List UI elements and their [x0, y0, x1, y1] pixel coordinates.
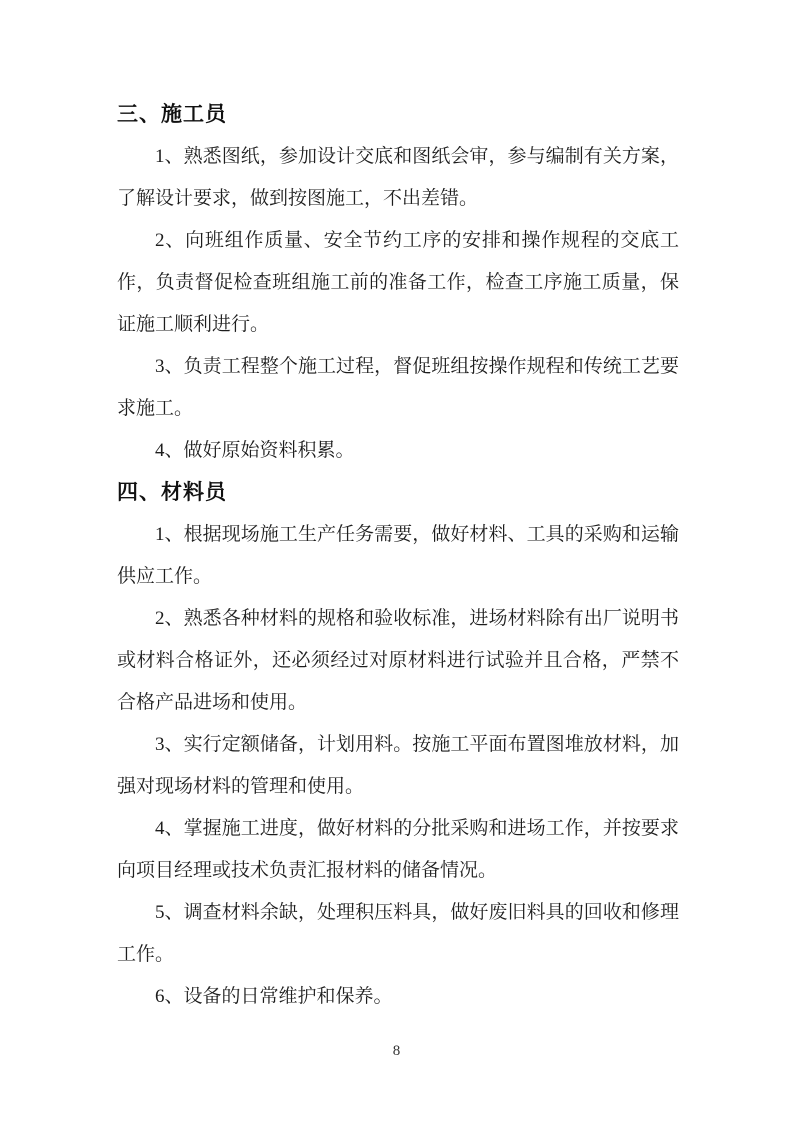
paragraph: 6、设备的日常维护和保养。: [117, 976, 679, 1018]
document-content: 三、施工员 1、熟悉图纸，参加设计交底和图纸会审，参与编制有关方案，了解设计要求…: [117, 94, 679, 1018]
paragraph: 4、掌握施工进度，做好材料的分批采购和进场工作，并按要求向项目经理或技术负责汇报…: [117, 808, 679, 892]
paragraph: 2、熟悉各种材料的规格和验收标准，进场材料除有出厂说明书或材料合格证外，还必须经…: [117, 598, 679, 724]
paragraph: 5、调查材料余缺，处理积压料具，做好废旧料具的回收和修理工作。: [117, 892, 679, 976]
document-page: 三、施工员 1、熟悉图纸，参加设计交底和图纸会审，参与编制有关方案，了解设计要求…: [0, 0, 793, 1122]
paragraph: 3、负责工程整个施工过程，督促班组按操作规程和传统工艺要求施工。: [117, 346, 679, 430]
paragraph: 1、熟悉图纸，参加设计交底和图纸会审，参与编制有关方案，了解设计要求，做到按图施…: [117, 136, 679, 220]
paragraph: 2、向班组作质量、安全节约工序的安排和操作规程的交底工作，负责督促检查班组施工前…: [117, 220, 679, 346]
page-number: 8: [0, 1040, 793, 1062]
section-heading-shigongyuan: 三、施工员: [117, 94, 679, 136]
paragraph: 4、做好原始资料积累。: [117, 430, 679, 472]
paragraph: 3、实行定额储备，计划用料。按施工平面布置图堆放材料，加强对现场材料的管理和使用…: [117, 724, 679, 808]
paragraph: 1、根据现场施工生产任务需要，做好材料、工具的采购和运输供应工作。: [117, 514, 679, 598]
section-heading-cailiaoyuan: 四、材料员: [117, 472, 679, 514]
